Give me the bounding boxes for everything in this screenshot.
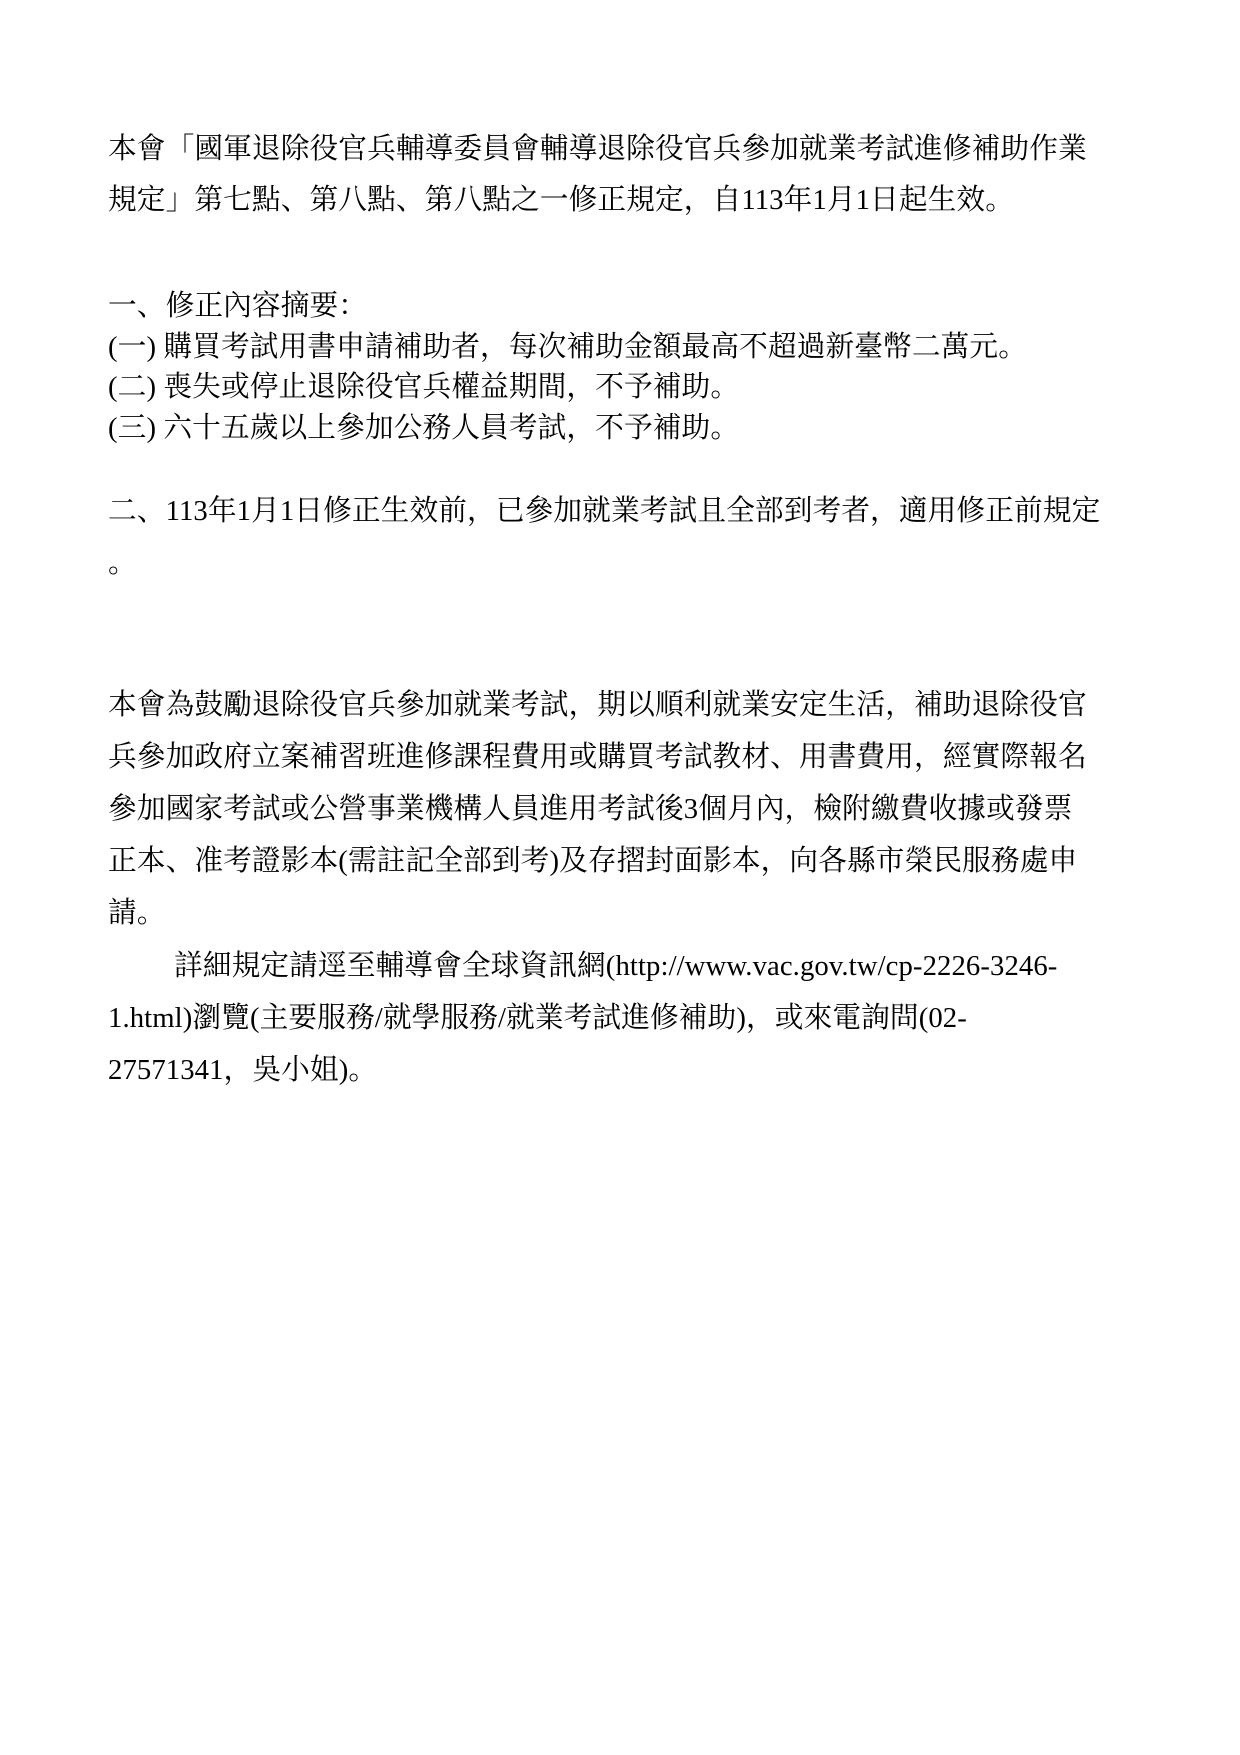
text-line-phone: 27571341，吳小姐)。 [108,1044,1200,1096]
text-line: 規定」第七點、第八點、第八點之一修正規定，自113年1月1日起生效。 [108,175,1200,226]
text-line: 參加國家考試或公營事業機構人員進用考試後3個月內，檢附繳費收據或發票 [108,783,1200,835]
list-item: (二) 喪失或停止退除役官兵權益期間，不予補助。 [108,367,1200,408]
text-line: 。 [108,537,1200,589]
list-item: (三) 六十五歲以上參加公務人員考試，不予補助。 [108,408,1200,449]
text-line: 本會「國軍退除役官兵輔導委員會輔導退除役官兵參加就業考試進修補助作業 [108,124,1200,175]
text-line-with-url: 1.html)瀏覽(主要服務/就學服務/就業考試進修補助)，或來電詢問(02- [108,992,1200,1044]
document-page: 本會「國軍退除役官兵輔導委員會輔導退除役官兵參加就業考試進修補助作業 規定」第七… [0,0,1240,1755]
section-one-heading: 一、修正內容摘要： [108,286,1200,327]
paragraph-body: 本會為鼓勵退除役官兵參加就業考試，期以順利就業安定生活，補助退除役官 兵參加政府… [108,679,1200,939]
text-line: 二、113年1月1日修正生效前，已參加就業考試且全部到考者，適用修正前規定 [108,485,1200,537]
text-line: 請。 [108,887,1200,939]
text-line: 兵參加政府立案補習班進修課程費用或購買考試教材、用書費用，經實際報名 [108,731,1200,783]
paragraph-intro: 本會「國軍退除役官兵輔導委員會輔導退除役官兵參加就業考試進修補助作業 規定」第七… [108,124,1200,226]
text-line: 本會為鼓勵退除役官兵參加就業考試，期以順利就業安定生活，補助退除役官 [108,679,1200,731]
text-line: 正本、准考證影本(需註記全部到考)及存摺封面影本，向各縣市榮民服務處申 [108,835,1200,887]
section-two-transition-rule: 二、113年1月1日修正生效前，已參加就業考試且全部到考者，適用修正前規定 。 [108,485,1200,589]
list-item: (一) 購買考試用書申請補助者，每次補助金額最高不超過新臺幣二萬元。 [108,327,1200,368]
section-one-summary: 一、修正內容摘要： (一) 購買考試用書申請補助者，每次補助金額最高不超過新臺幣… [108,286,1200,448]
text-line-with-url: 詳細規定請逕至輔導會全球資訊網(http://www.vac.gov.tw/cp… [108,940,1200,992]
paragraph-contact-info: 詳細規定請逕至輔導會全球資訊網(http://www.vac.gov.tw/cp… [108,940,1200,1096]
